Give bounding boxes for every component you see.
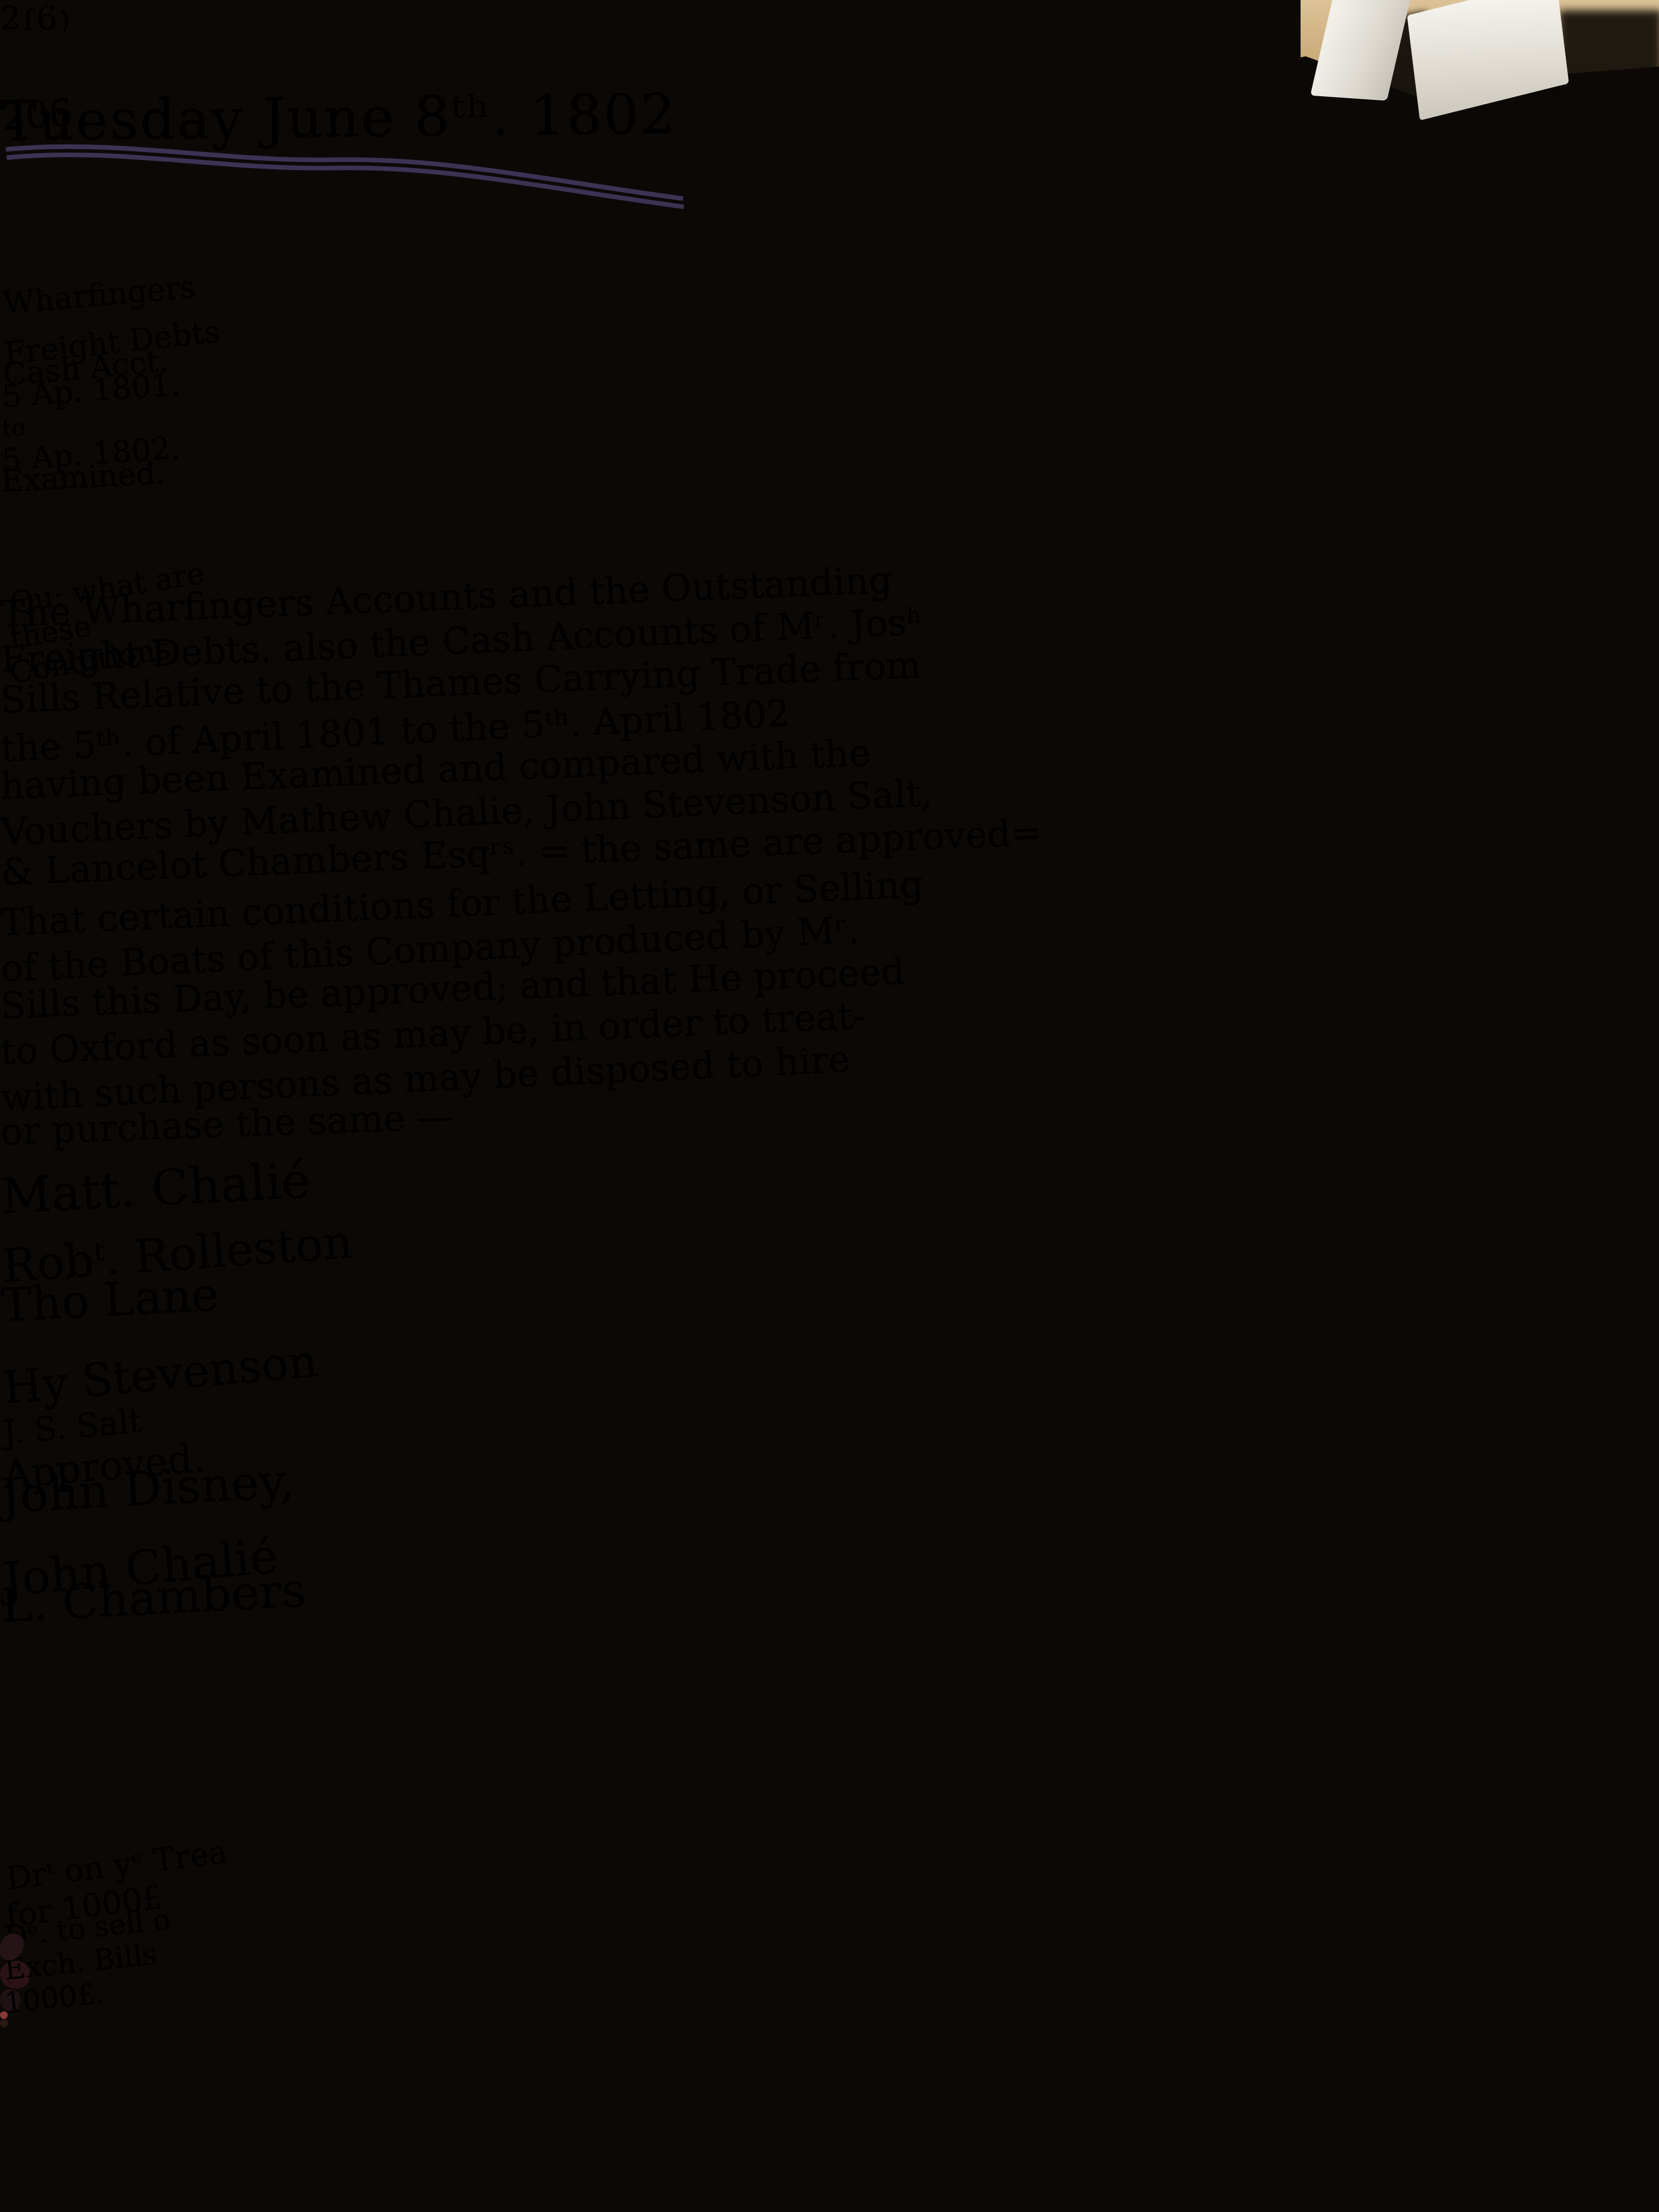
manuscript-photo: 2 ſ 6 ) 206 Tuesday June 8ᵗʰ. 1802 Wharf… bbox=[0, 0, 1659, 2212]
ribbon-shadow bbox=[1559, 10, 1659, 87]
previous-page-sliver bbox=[0, 0, 49, 2094]
edge-writing-fragment: ) bbox=[60, 6, 70, 36]
